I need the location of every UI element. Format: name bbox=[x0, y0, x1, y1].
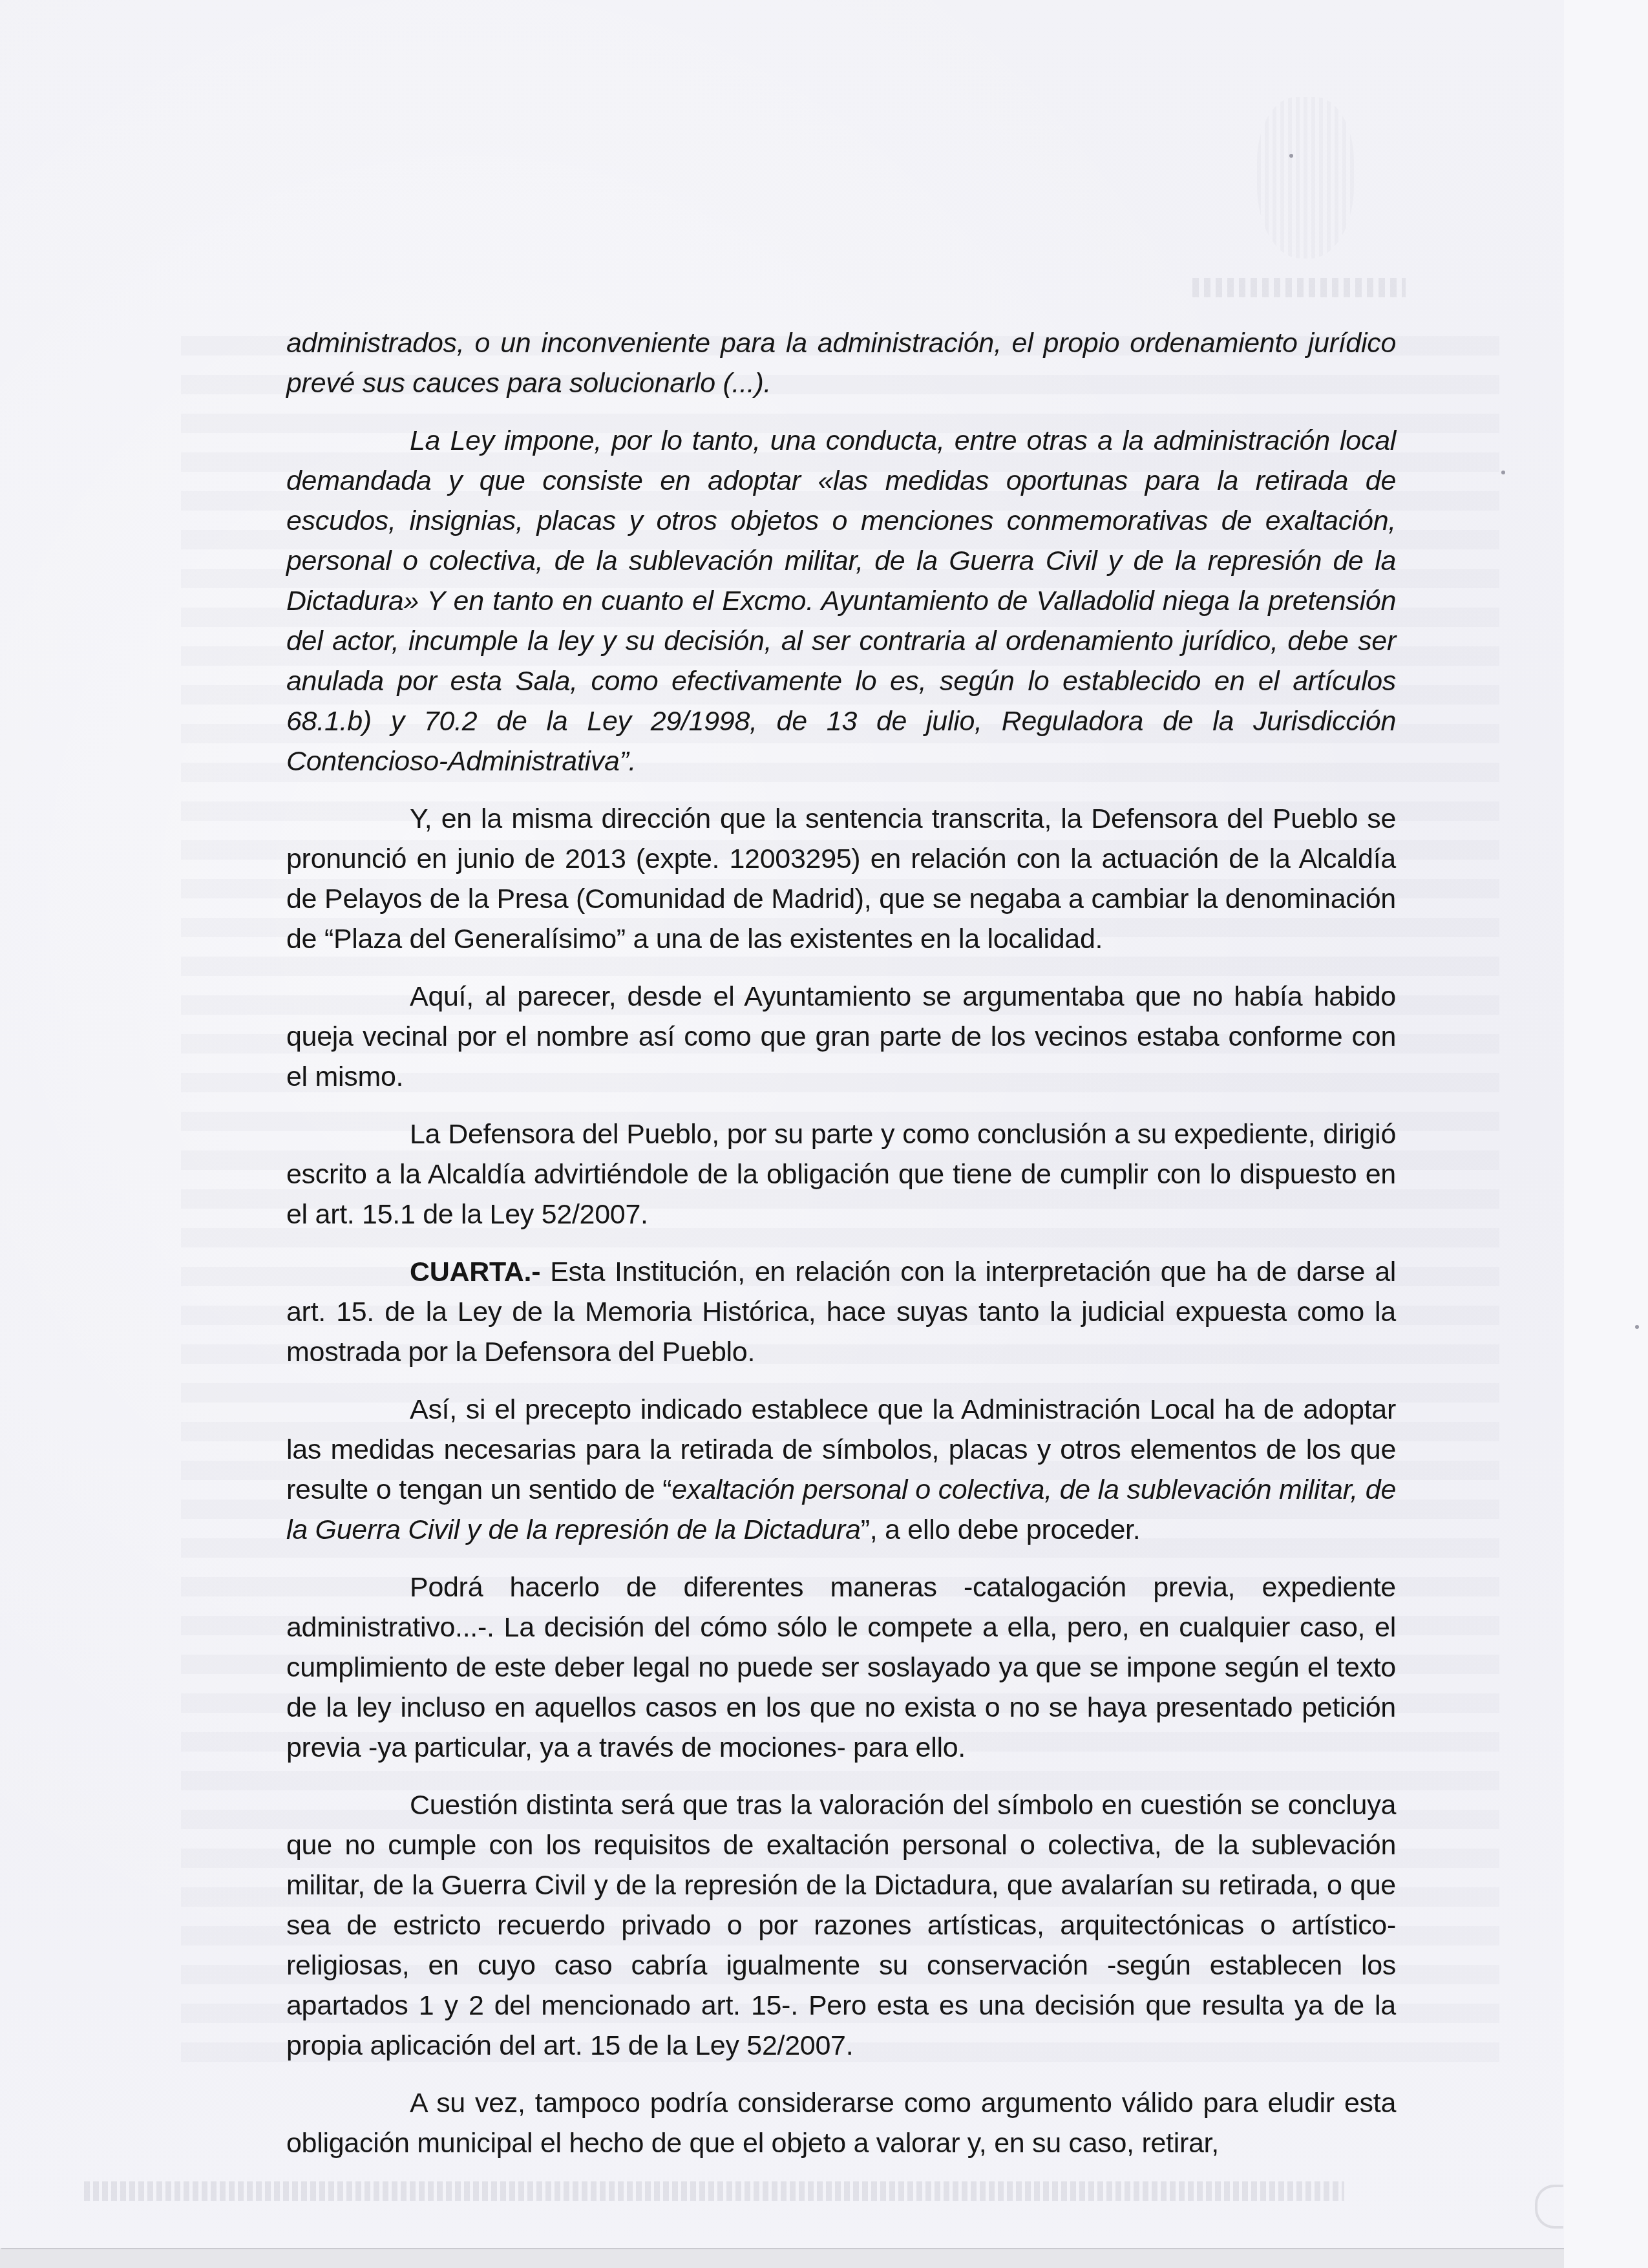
paragraph-precepto: Así, si el precepto indicado establece q… bbox=[286, 1390, 1396, 1550]
header-show-through bbox=[1192, 278, 1406, 297]
paragraph-quote-law: La Ley impone, por lo tanto, una conduct… bbox=[286, 421, 1396, 781]
scan-margin bbox=[1564, 0, 1648, 2268]
paragraph-defensora-pronouncement: Y, en la misma dirección que la sentenci… bbox=[286, 799, 1396, 959]
scan-speck bbox=[1635, 1325, 1639, 1329]
scan-speck bbox=[1501, 471, 1505, 474]
paragraph-quote-continuation: administrados, o un inconveniente para l… bbox=[286, 323, 1396, 403]
paragraph-podra-hacerlo: Podrá hacerlo de diferentes maneras -cat… bbox=[286, 1567, 1396, 1768]
paragraph-cuarta: CUARTA.- Esta Institución, en relación c… bbox=[286, 1252, 1396, 1372]
paragraph-ayuntamiento-argument: Aquí, al parecer, desde el Ayuntamiento … bbox=[286, 977, 1396, 1097]
document-body: administrados, o un inconveniente para l… bbox=[286, 323, 1396, 2181]
section-heading-cuarta: CUARTA.- bbox=[410, 1256, 540, 1288]
paragraph-precepto-text-after: ”, a ello debe proceder. bbox=[861, 1514, 1141, 1545]
crest-icon bbox=[1257, 97, 1354, 259]
scan-speck bbox=[1289, 154, 1293, 158]
paragraph-a-su-vez: A su vez, tampoco podría considerarse co… bbox=[286, 2083, 1396, 2163]
paragraph-defensora-conclusion: La Defensora del Pueblo, por su parte y … bbox=[286, 1114, 1396, 1235]
footer-show-through bbox=[84, 2181, 1344, 2201]
page-corner-mark bbox=[1535, 2185, 1563, 2229]
paragraph-cuestion-distinta: Cuestión distinta será que tras la valor… bbox=[286, 1785, 1396, 2066]
